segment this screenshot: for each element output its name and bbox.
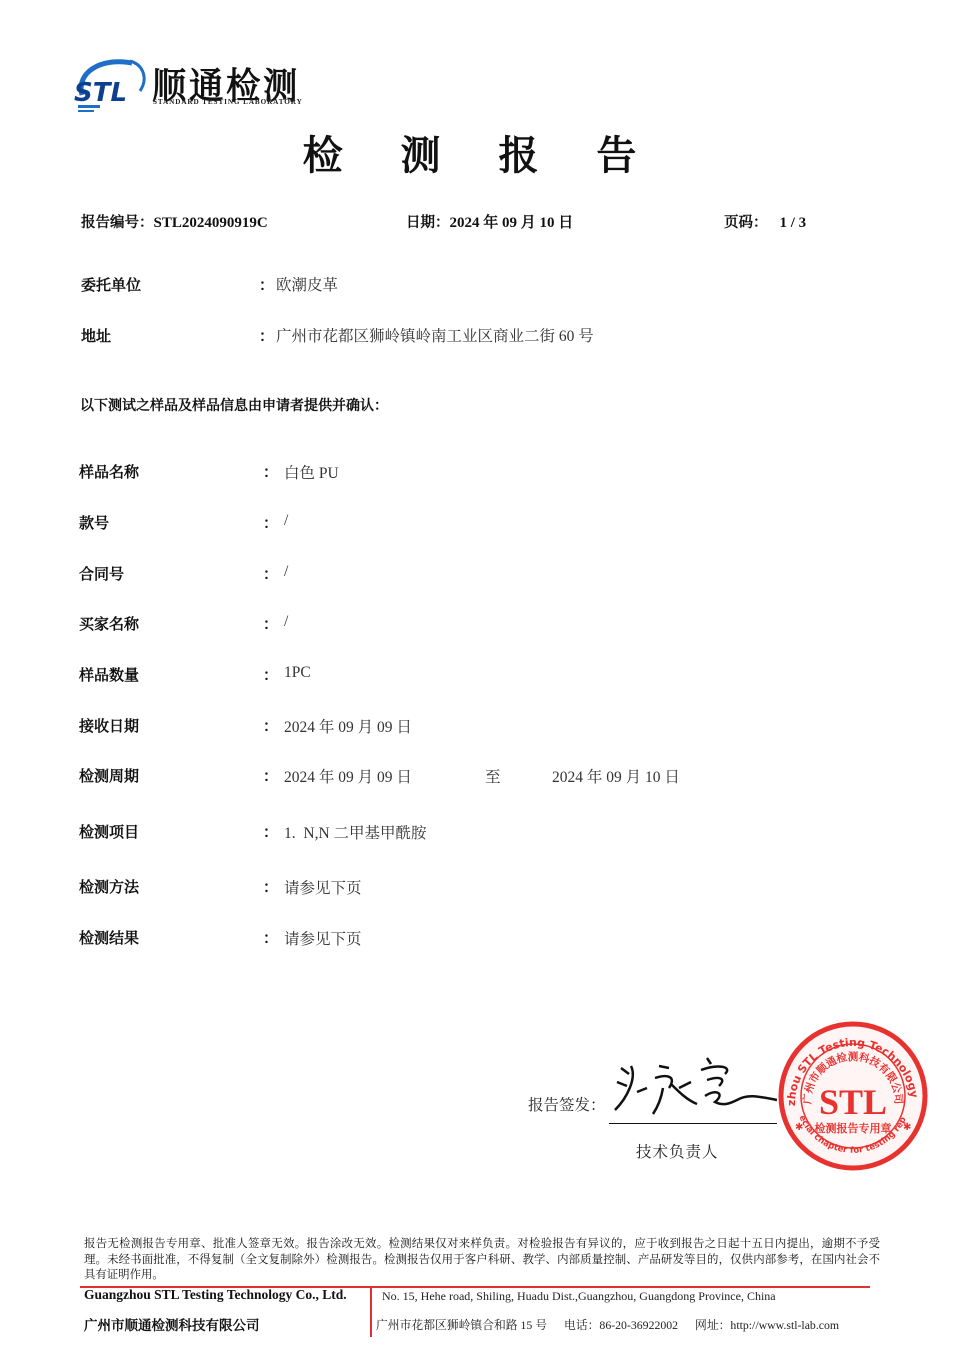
phone-label: 电话： [564,1318,599,1332]
sample-name-value: 白色 PU [284,461,339,483]
report-number: 报告编号：STL2024090919C [81,211,268,232]
disclaimer-text: 报告无检测报告专用章、批准人签章无效。报告涂改无效。检测结果仅对来样负责。对检验… [84,1236,880,1283]
stl-logo-icon: STL [70,55,152,117]
company-address-en: No. 15, Hehe road, Shiling, Huadu Dist.,… [382,1289,776,1304]
official-seal-icon: Guangzhou STL Testing Technology co. LTD… [777,1020,929,1172]
logo-english-name: STANDARD TESTING LABORATORY [153,98,303,106]
colon: ： [263,563,278,584]
test-result-value: 请参见下页 [284,927,362,949]
test-period-to: 至 [485,765,501,787]
address-label: 地址 [81,325,111,346]
colon: ： [263,876,278,897]
report-date: 日期：2024 年 09 月 10 日 [406,211,573,232]
report-date-value: 2024 年 09 月 10 日 [450,215,574,231]
colon: ： [263,664,278,685]
style-no-value: / [284,512,288,530]
client-value: 欧潮皮革 [276,273,338,295]
report-date-label: 日期： [406,215,450,231]
received-date-label: 接收日期 [79,715,139,736]
website-link[interactable]: http://www.stl-lab.com [730,1318,839,1332]
buyer-name-label: 买家名称 [79,613,139,634]
colon: ： [263,461,278,482]
contract-no-label: 合同号 [79,563,124,584]
colon: ： [263,927,278,948]
test-result-label: 检测结果 [79,927,139,948]
svg-text:STL: STL [74,78,127,108]
address-value: 广州市花都区狮岭镇岭南工业区商业二街 60 号 [276,324,594,346]
buyer-name-value: / [284,613,288,631]
colon: ： [259,325,274,346]
colon: ： [259,274,274,295]
website-label: 网址： [695,1318,730,1332]
test-item-value: 1. N,N 二甲基甲酰胺 [284,821,427,843]
sample-quantity-label: 样品数量 [79,664,139,685]
signature-label: 报告签发： [528,1093,606,1115]
report-number-value: STL2024090919C [154,215,268,231]
handwritten-signature-icon [607,1048,787,1123]
page-number-value: 1 / 3 [780,215,807,231]
svg-text:检测报告专用章: 检测报告专用章 [815,1121,892,1135]
test-period-label: 检测周期 [79,765,139,786]
signer-role: 技术负责人 [636,1140,719,1162]
test-method-value: 请参见下页 [284,876,362,898]
style-no-label: 款号 [79,512,109,533]
test-item-label: 检测项目 [79,821,139,842]
colon: ： [263,765,278,786]
company-contact-cn: 广州市花都区狮岭镇合和路 15 号 电话：86-20-36922002 网址：h… [376,1316,839,1333]
colon: ： [263,715,278,736]
phone-number: 86-20-36922002 [599,1318,678,1332]
client-label: 委托单位 [81,274,141,295]
company-name-cn: 广州市顺通检测科技有限公司 [84,1314,260,1334]
signature-line [609,1123,777,1124]
contract-no-value: / [284,563,288,581]
colon: ： [263,613,278,634]
sample-quantity-value: 1PC [284,664,311,682]
company-name-en: Guangzhou STL Testing Technology Co., Lt… [84,1287,347,1303]
sample-name-label: 样品名称 [79,461,139,482]
page-number-label: 页码： [724,215,768,231]
sample-confirmation-note: 以下测试之样品及样品信息由申请者提供并确认： [80,395,388,415]
test-method-label: 检测方法 [79,876,139,897]
received-date-value: 2024 年 09 月 09 日 [284,715,412,737]
document-title: 检 测 报 告 [0,124,961,181]
page-number: 页码：1 / 3 [724,211,806,232]
report-number-label: 报告编号： [81,215,154,231]
footer-vertical-divider [370,1287,372,1337]
svg-text:STL: STL [819,1082,887,1122]
test-period-end: 2024 年 09 月 10 日 [552,765,680,787]
test-period-start: 2024 年 09 月 09 日 [284,765,412,787]
colon: ： [263,821,278,842]
company-address-cn: 广州市花都区狮岭镇合和路 15 号 [376,1318,547,1332]
colon: ： [263,512,278,533]
